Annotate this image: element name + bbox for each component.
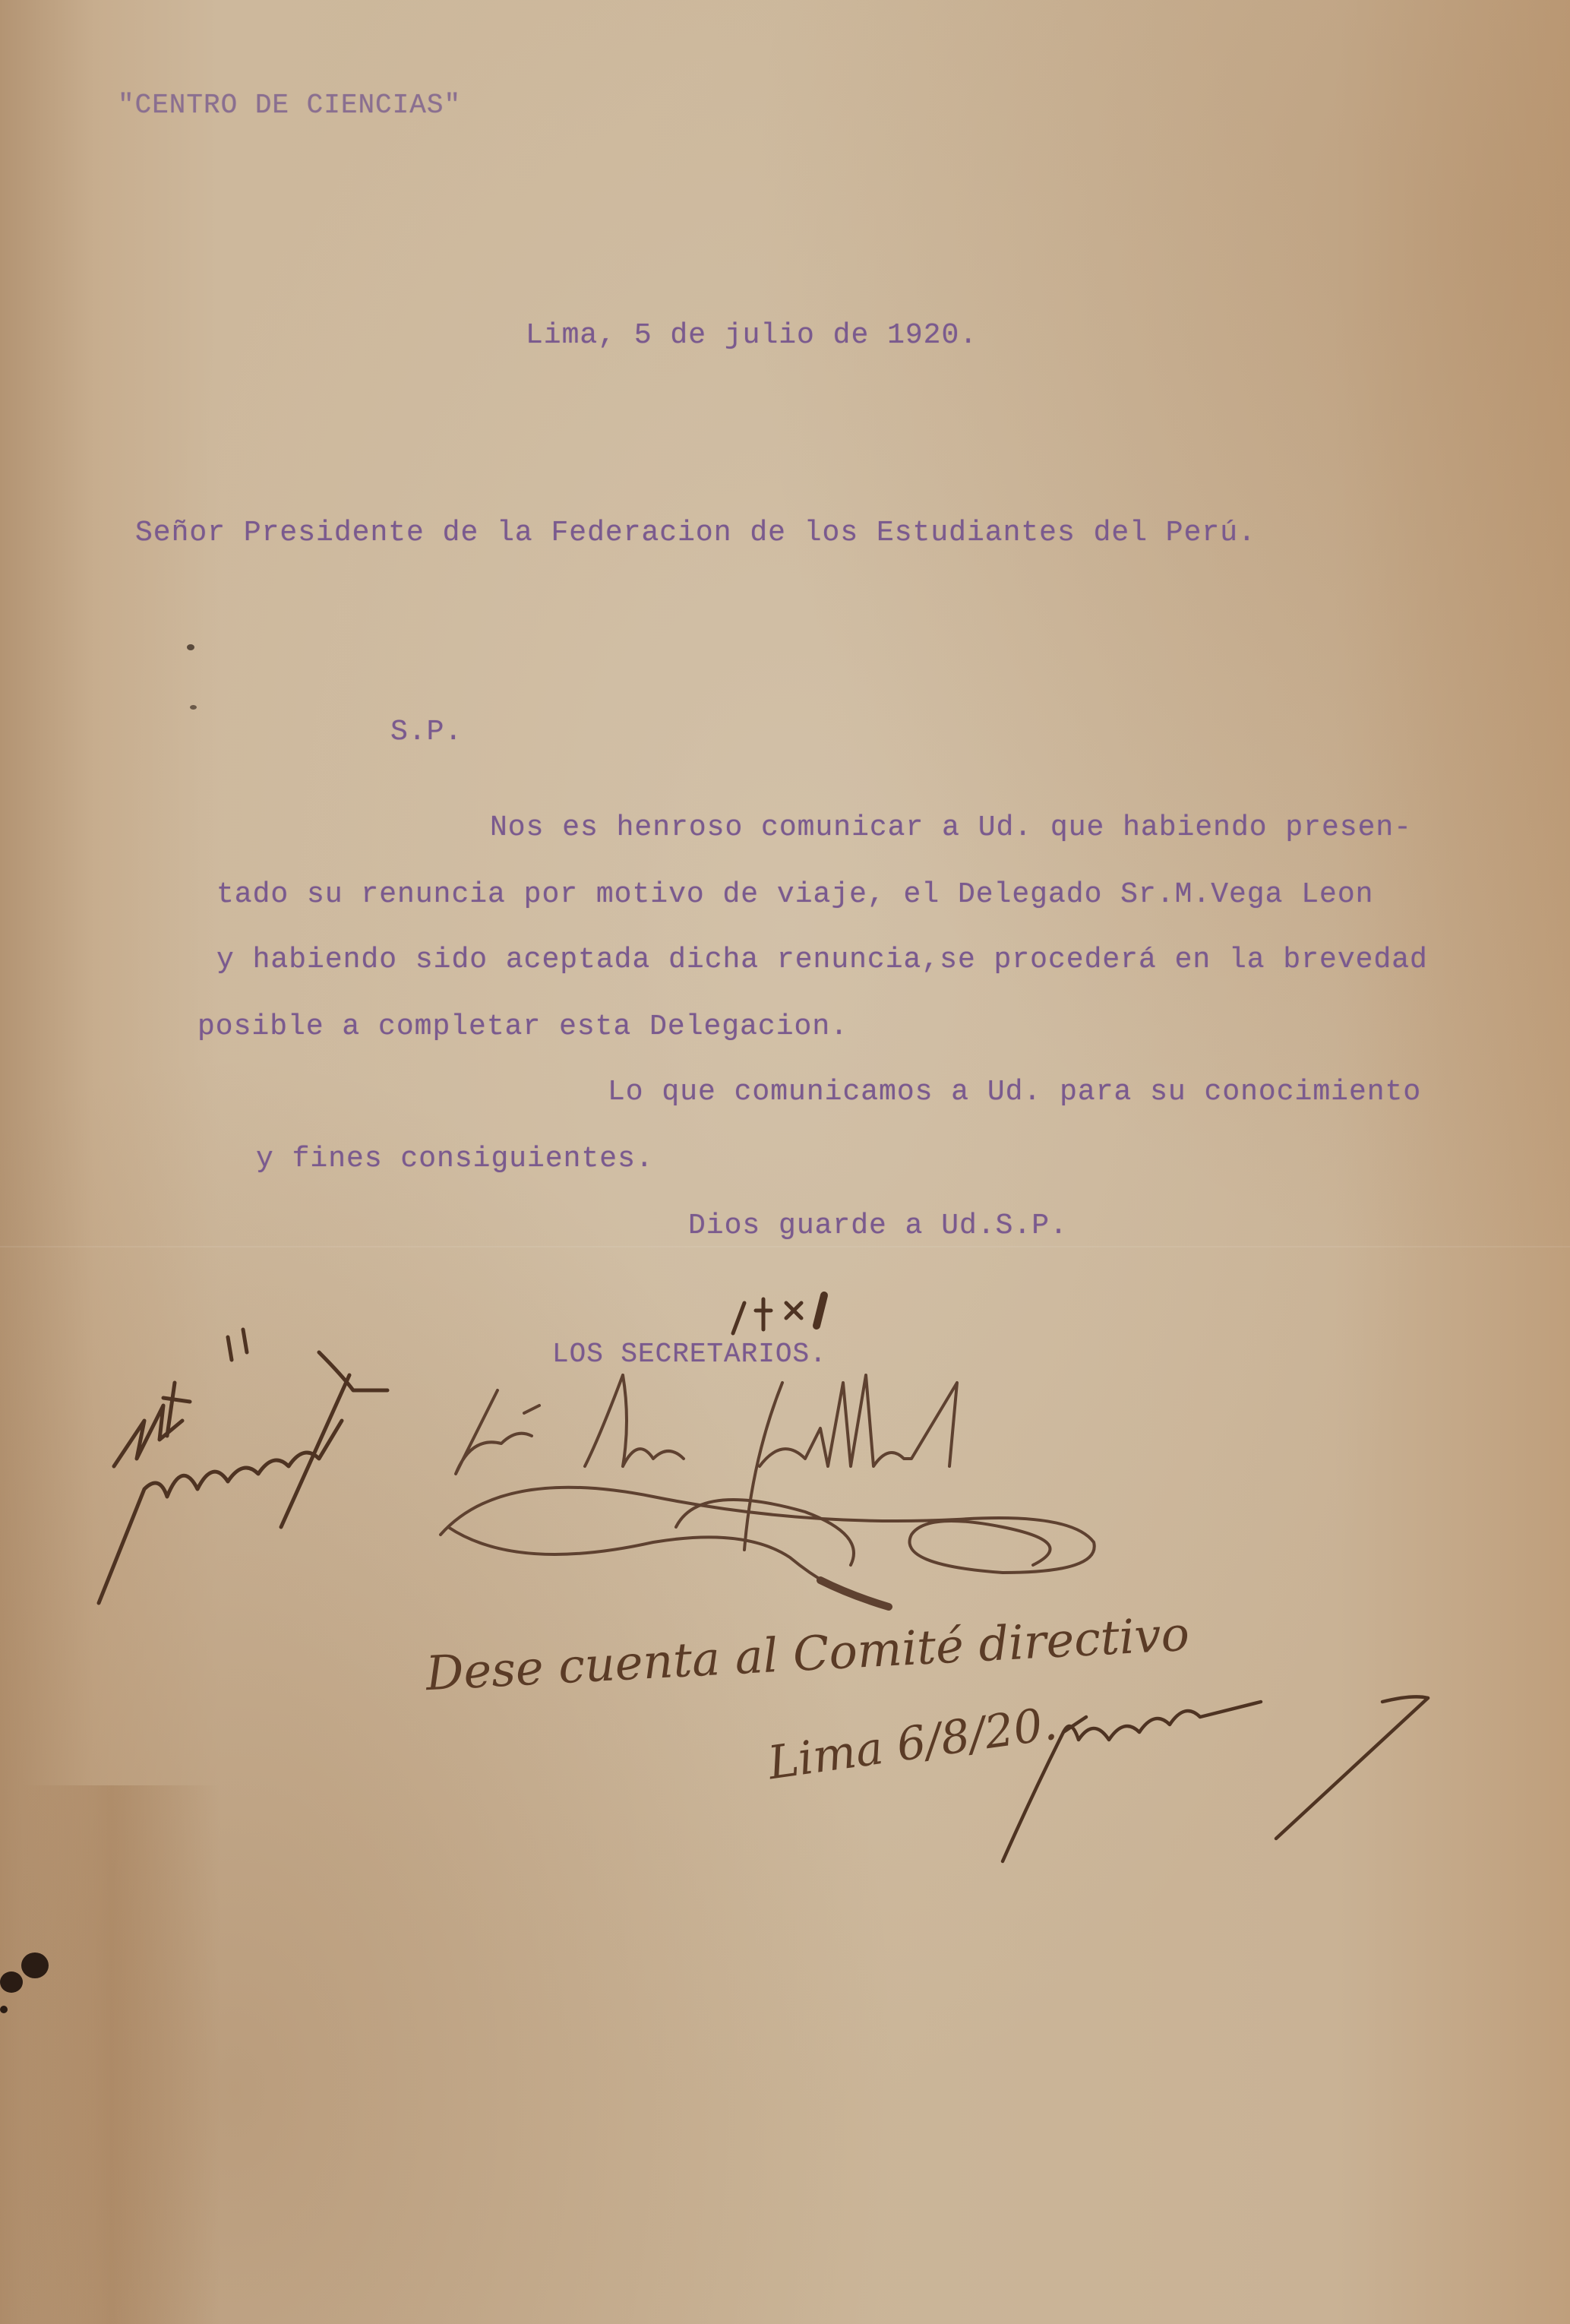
body-line-1: Nos es henroso comunicar a Ud. que habie… <box>490 811 1412 844</box>
ink-speck <box>187 644 194 650</box>
date-line: Lima, 5 de julio de 1920. <box>526 319 978 352</box>
ink-blot <box>21 1952 49 1978</box>
ink-blot <box>0 2006 8 2013</box>
body-line-5: Lo que comunicamos a Ud. para su conocim… <box>608 1076 1421 1108</box>
ink-speck <box>190 705 197 710</box>
salutation: S.P. <box>390 716 463 748</box>
body-line-2: tado su renuncia por motivo de viaje, el… <box>216 878 1373 911</box>
handwritten-mark <box>725 1288 892 1349</box>
scanned-letter-page: "CENTRO DE CIENCIAS" Lima, 5 de julio de… <box>0 0 1570 2324</box>
annotation-signature <box>987 1687 1458 1869</box>
body-line-4: posible a completar esta Delegacion. <box>197 1010 848 1043</box>
letterhead: "CENTRO DE CIENCIAS" <box>118 90 461 121</box>
closing-line: Dios guarde a Ud.S.P. <box>688 1209 1068 1242</box>
body-line-6: y fines consiguientes. <box>256 1143 654 1175</box>
paper-fold <box>0 1246 1570 1247</box>
signature-jose-max-arnillas <box>425 1352 1155 1611</box>
addressee-line: Señor Presidente de la Federacion de los… <box>135 517 1256 549</box>
ink-blot <box>0 1971 23 1993</box>
body-line-3: y habiendo sido aceptada dicha renuncia,… <box>216 944 1428 976</box>
water-stain <box>23 1785 220 2324</box>
